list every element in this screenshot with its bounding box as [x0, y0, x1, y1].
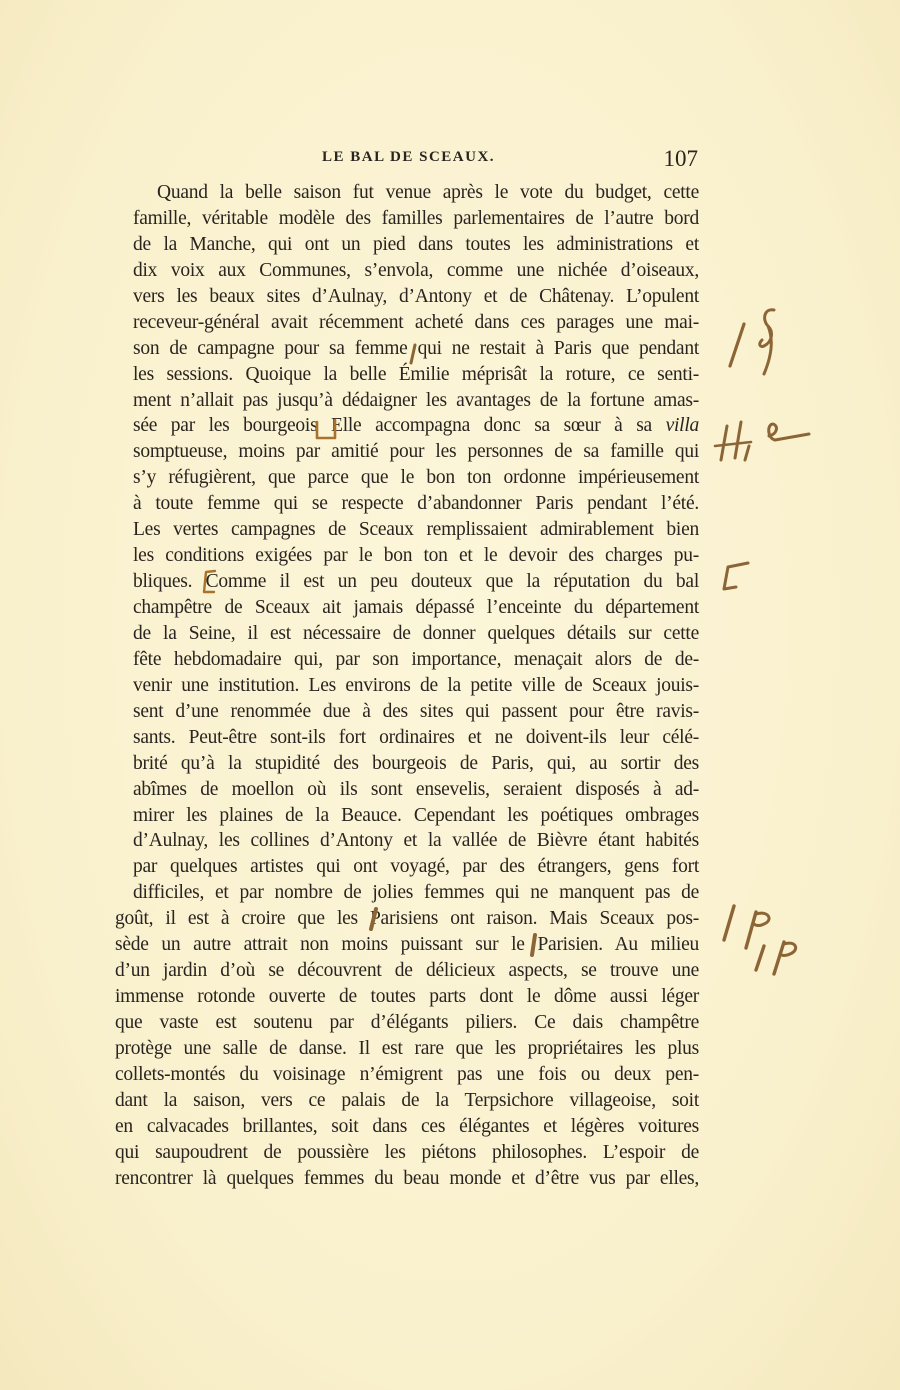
- inline-period-mark-icon: [313, 416, 341, 442]
- text-line: en calvacades brillantes, soit dans ces …: [115, 1114, 699, 1140]
- text-line: brité qu’à la stupidité des bourgeois de…: [133, 751, 699, 777]
- inline-bracket-mark-icon: [200, 568, 218, 596]
- text-line: collets-montés du voisinage n’émigrent p…: [115, 1062, 699, 1088]
- body-text: Quand la belle saison fut venue après le…: [133, 180, 699, 1192]
- running-title: LE BAL DE SCEAUX.: [322, 149, 495, 166]
- text-line: de la Manche, qui ont un pied dans toute…: [133, 232, 699, 258]
- margin-note-bracket-icon: [718, 557, 758, 597]
- text-line: sants. Peut-être sont-ils fort ordinaire…: [133, 725, 699, 751]
- text-line: champêtre de Sceaux ait jamais dépassé l…: [133, 595, 699, 621]
- text-line: famille, véritable modèle des familles p…: [133, 206, 699, 232]
- text-line: abîmes de moellon où ils sont ensevelis,…: [133, 777, 699, 803]
- text-line: de la Seine, il est nécessaire de donner…: [133, 621, 699, 647]
- text-line: Les vertes campagnes de Sceaux remplissa…: [133, 517, 699, 543]
- text-line: venir une institution. Les environs de l…: [133, 673, 699, 699]
- text-line-with-italic: sée par les bourgeois Elle accompagna do…: [133, 413, 699, 439]
- text-line: fête hebdomadaire qui, par son importanc…: [133, 647, 699, 673]
- text-line: par quelques artistes qui ont voyagé, pa…: [133, 854, 699, 880]
- page-number: 107: [664, 146, 699, 172]
- text-line: que vaste est soutenu par d’élégants pil…: [115, 1010, 699, 1036]
- margin-note-hash-e-icon: [705, 408, 815, 468]
- text-line: sent d’une renommée due à des sites qui …: [133, 699, 699, 725]
- text-line: mirer les plaines de la Beauce. Cependan…: [133, 803, 699, 829]
- book-page: LE BAL DE SCEAUX. 107 Quand la belle sai…: [0, 0, 900, 1390]
- text-line: s’y réfugièrent, que parce que le bon to…: [133, 465, 699, 491]
- text-line: d’Aulnay, les collines d’Antony et la va…: [133, 828, 699, 854]
- text-line: qui saupoudrent de poussière les piétons…: [115, 1140, 699, 1166]
- text-line: les conditions exigées par le bon ton et…: [133, 543, 699, 569]
- text-line: vers les beaux sites d’Aulnay, d’Antony …: [133, 284, 699, 310]
- text-line: ment n’allait pas jusqu’à dédaigner les …: [133, 388, 699, 414]
- text-line: difficiles, et par nombre de jolies femm…: [133, 880, 699, 906]
- text-line: rencontrer là quelques femmes du beau mo…: [115, 1166, 699, 1192]
- inline-p-mark-icon: [368, 907, 380, 931]
- text-line: Quand la belle saison fut venue après le…: [133, 180, 699, 206]
- inline-p-mark-icon: [527, 933, 539, 957]
- inline-comma-mark-icon: [408, 343, 418, 365]
- margin-note-p-p-icon: [712, 900, 812, 990]
- text-line: protège une salle de danse. Il est rare …: [115, 1036, 699, 1062]
- text-line: sède un autre attrait non moins puissant…: [115, 932, 699, 958]
- text-line: à toute femme qui se respecte d’abandonn…: [133, 491, 699, 517]
- text-line: d’un jardin d’où se découvrent de délici…: [115, 958, 699, 984]
- text-line: dant la saison, vers ce palais de la Ter…: [115, 1088, 699, 1114]
- text-line: dix voix aux Communes, s’envola, comme u…: [133, 258, 699, 284]
- margin-note-slash-8-icon: [712, 302, 782, 382]
- text-line: somptueuse, moins par amitié pour les pe…: [133, 439, 699, 465]
- text-line: receveur-général avait récemment acheté …: [133, 310, 699, 336]
- italic-word: villa: [666, 415, 699, 436]
- running-head: LE BAL DE SCEAUX. 107: [322, 146, 698, 172]
- text-line: immense rotonde ouverte de toutes parts …: [115, 984, 699, 1010]
- text-line: les sessions. Quoique la belle Émilie mé…: [133, 362, 699, 388]
- text-line: goût, il est à croire que les Parisiens …: [115, 906, 699, 932]
- text-segment: sée par les bourgeois Elle accompagna do…: [133, 415, 652, 436]
